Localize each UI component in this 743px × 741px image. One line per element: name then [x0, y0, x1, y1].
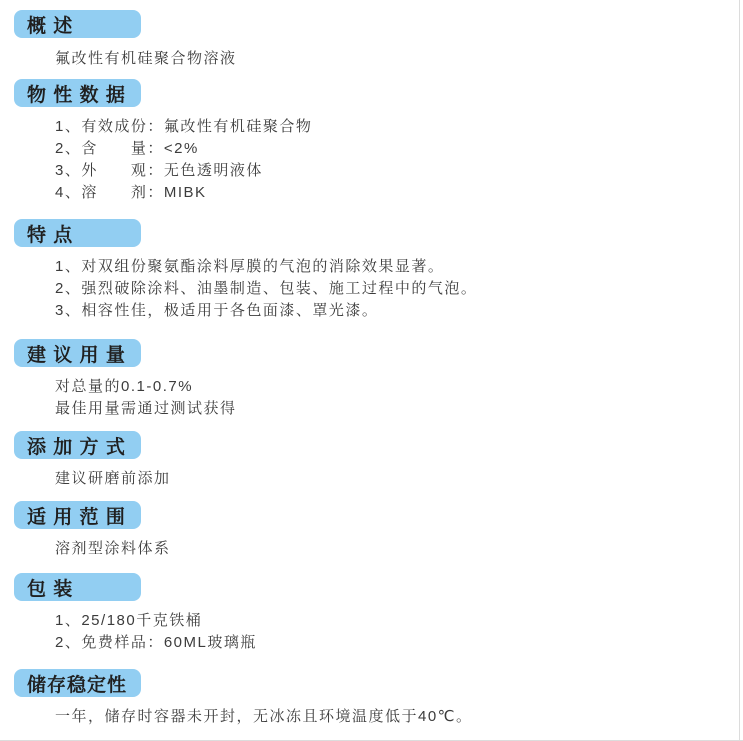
section-body: 氟改性有机硅聚合物溶液 — [0, 48, 743, 70]
section-title: 特 点 — [27, 220, 73, 247]
section-text-line: 2、免费样品：60ML玻璃瓶 — [55, 632, 743, 654]
section-title-box: 特 点 — [14, 219, 141, 247]
datasheet-section: 适 用 范 围 溶剂型涂料体系 — [0, 501, 743, 560]
section-text-line: 氟改性有机硅聚合物溶液 — [55, 48, 743, 70]
section-text-line: 1、对双组份聚氨酯涂料厚膜的气泡的消除效果显著。 — [55, 256, 743, 278]
section-title: 物 性 数 据 — [27, 80, 126, 107]
section-text-line: 一年，储存时容器未开封，无冰冻且环境温度低于40℃。 — [55, 706, 743, 728]
section-text-line: 1、25/180千克铁桶 — [55, 610, 743, 632]
section-title-box: 概 述 — [14, 10, 141, 38]
datasheet-section: 储存稳定性 一年，储存时容器未开封，无冰冻且环境温度低于40℃。 — [0, 669, 743, 728]
section-text-line: 对总量的0.1-0.7% — [55, 376, 743, 398]
section-title-box: 添 加 方 式 — [14, 431, 141, 459]
section-title-box: 物 性 数 据 — [14, 79, 141, 107]
section-title-box: 适 用 范 围 — [14, 501, 141, 529]
section-title-box: 建 议 用 量 — [14, 339, 141, 367]
datasheet-section: 物 性 数 据 1、有效成份：氟改性有机硅聚合物2、含 量：<2%3、外 观：无… — [0, 79, 743, 204]
section-body: 对总量的0.1-0.7%最佳用量需通过测试获得 — [0, 376, 743, 420]
section-text-line: 2、含 量：<2% — [55, 138, 743, 160]
section-text-line: 溶剂型涂料体系 — [55, 538, 743, 560]
section-body: 1、有效成份：氟改性有机硅聚合物2、含 量：<2%3、外 观：无色透明液体4、溶… — [0, 116, 743, 204]
section-body: 1、对双组份聚氨酯涂料厚膜的气泡的消除效果显著。2、强烈破除涂料、油墨制造、包装… — [0, 256, 743, 322]
datasheet-section: 添 加 方 式 建议研磨前添加 — [0, 431, 743, 490]
section-title: 概 述 — [27, 11, 73, 38]
section-text-line: 3、相容性佳，极适用于各色面漆、罩光漆。 — [55, 300, 743, 322]
section-title-box: 包 装 — [14, 573, 141, 601]
section-text-line: 3、外 观：无色透明液体 — [55, 160, 743, 182]
section-title: 储存稳定性 — [27, 670, 127, 697]
section-text-line: 最佳用量需通过测试获得 — [55, 398, 743, 420]
page-right-border — [739, 0, 740, 741]
datasheet-document: 概 述 氟改性有机硅聚合物溶液 物 性 数 据 1、有效成份：氟改性有机硅聚合物… — [0, 0, 743, 728]
section-body: 溶剂型涂料体系 — [0, 538, 743, 560]
section-title: 添 加 方 式 — [27, 432, 126, 459]
section-body: 1、25/180千克铁桶2、免费样品：60ML玻璃瓶 — [0, 610, 743, 654]
section-text-line: 2、强烈破除涂料、油墨制造、包装、施工过程中的气泡。 — [55, 278, 743, 300]
section-title-box: 储存稳定性 — [14, 669, 141, 697]
section-body: 建议研磨前添加 — [0, 468, 743, 490]
section-title: 包 装 — [27, 574, 73, 601]
datasheet-section: 概 述 氟改性有机硅聚合物溶液 — [0, 10, 743, 70]
section-text-line: 1、有效成份：氟改性有机硅聚合物 — [55, 116, 743, 138]
section-body: 一年，储存时容器未开封，无冰冻且环境温度低于40℃。 — [0, 706, 743, 728]
datasheet-section: 包 装 1、25/180千克铁桶2、免费样品：60ML玻璃瓶 — [0, 573, 743, 654]
datasheet-section: 特 点 1、对双组份聚氨酯涂料厚膜的气泡的消除效果显著。2、强烈破除涂料、油墨制… — [0, 219, 743, 322]
section-title: 适 用 范 围 — [27, 502, 126, 529]
section-text-line: 4、溶 剂：MIBK — [55, 182, 743, 204]
section-text-line: 建议研磨前添加 — [55, 468, 743, 490]
section-title: 建 议 用 量 — [27, 340, 126, 367]
datasheet-section: 建 议 用 量 对总量的0.1-0.7%最佳用量需通过测试获得 — [0, 339, 743, 420]
